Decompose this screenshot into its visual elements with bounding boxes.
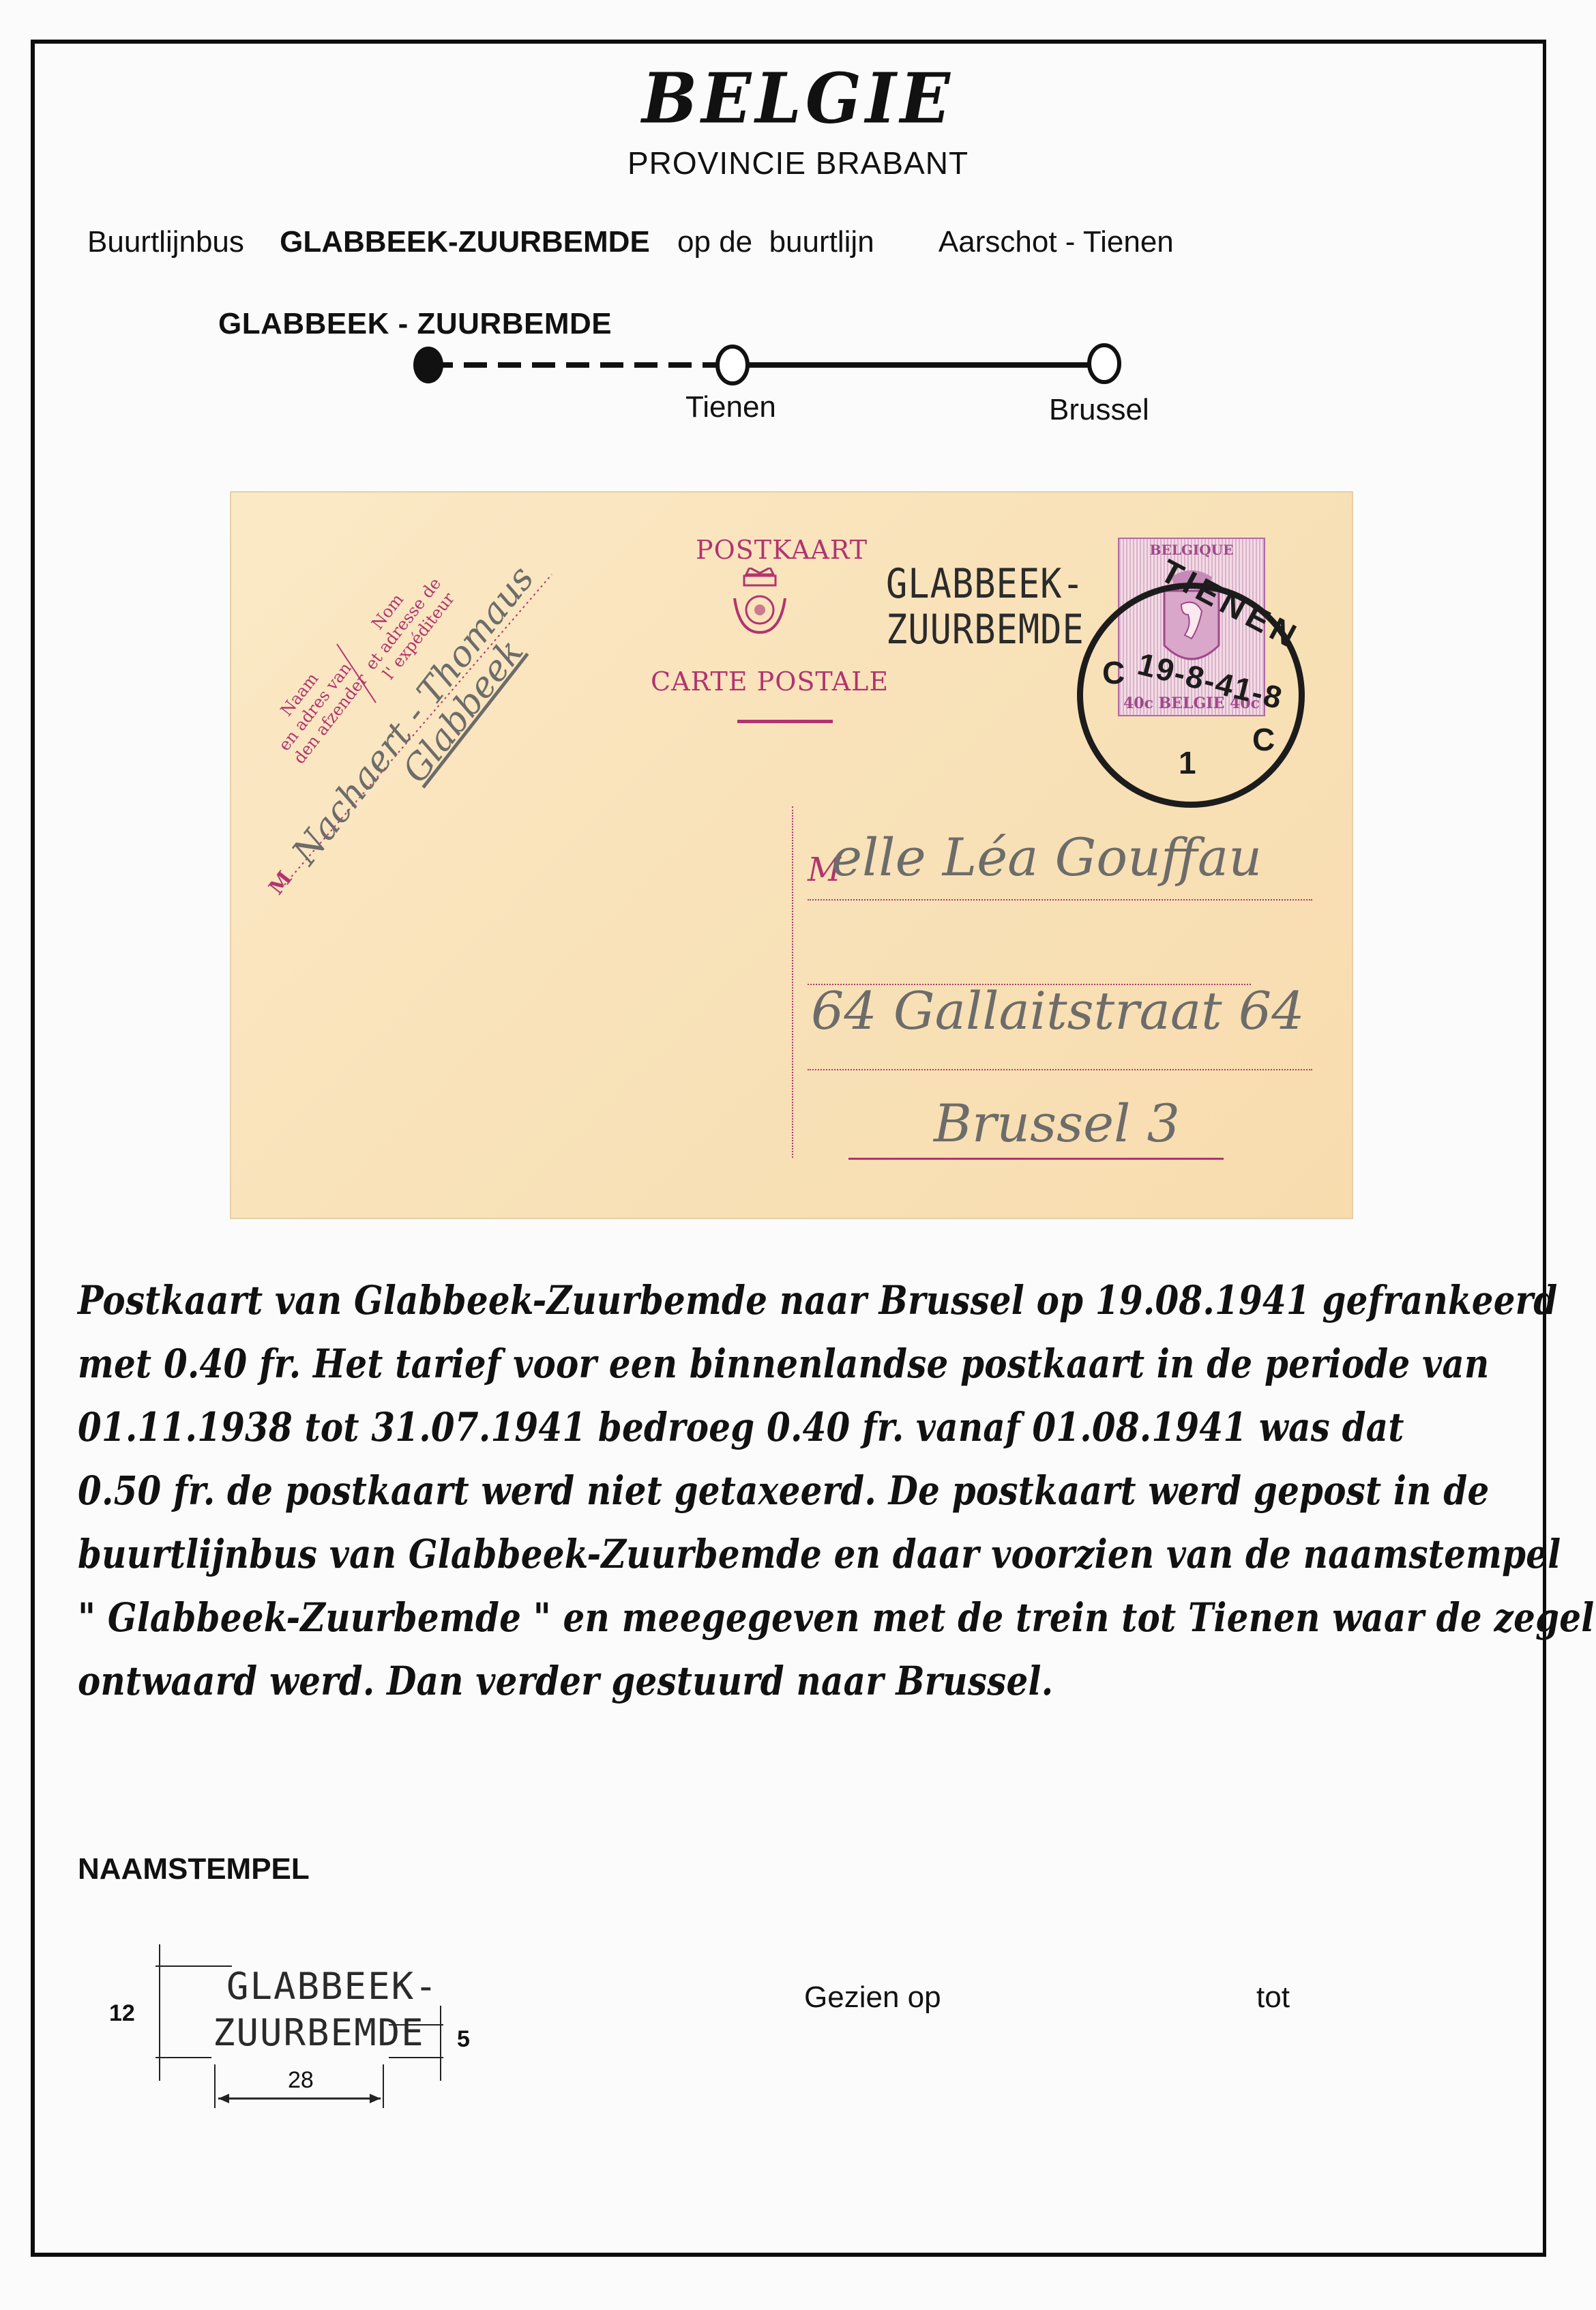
description-line: 01.11.1938 tot 31.07.1941 bedroeg 0.40 f… — [78, 1396, 1345, 1459]
postcard-title-fr: CARTE POSTALE — [651, 667, 889, 697]
description-line: " Glabbeek-Zuurbemde " en meegegeven met… — [78, 1586, 1345, 1650]
address-street: 64 Gallaitstraat 64 — [811, 980, 1305, 1041]
address-underline — [848, 1158, 1224, 1160]
naamstempel-heading: NAAMSTEMPEL — [78, 1852, 310, 1886]
province-subtitle: PROVINCIE BRABANT — [0, 145, 1596, 181]
stamp-country-top: BELGIQUE — [1119, 542, 1264, 558]
cancel-letter-right: C — [1252, 721, 1275, 758]
title-underline — [737, 720, 833, 723]
dimension-line-height: 5 — [457, 2026, 470, 2053]
tienen-cancel-postmark: TIENEN C 19-8-41-8 C 1 — [1077, 583, 1305, 808]
address-divider — [792, 806, 795, 1158]
line-middle: op de buurtlijn — [677, 225, 874, 259]
line-prefix: Buurtlijnbus — [87, 225, 244, 259]
posthorn-crown-icon — [729, 568, 790, 649]
description-line: buurtlijnbus van Glabbeek-Zuurbemde en d… — [78, 1523, 1345, 1586]
naamstempel-line-2: ZUURBEMDE — [213, 2011, 425, 2054]
cancel-number: 1 — [1179, 744, 1196, 781]
postcard-image: Naam en adres van den afzender Nom et ad… — [231, 493, 1352, 1218]
naamstempel-line-1: GLABBEEK- — [226, 1965, 439, 2008]
tienen-stop-icon — [718, 347, 748, 383]
route-diagram — [396, 341, 1146, 396]
line-info: Buurtlijnbus GLABBEEK-ZUURBEMDE op de bu… — [87, 225, 1174, 259]
description-line: 0.50 fr. de postkaart werd niet getaxeer… — [78, 1459, 1345, 1523]
address-line-3 — [808, 1069, 1312, 1070]
brussel-stop-icon — [1089, 345, 1119, 382]
description-line: met 0.40 fr. Het tarief voor een binnenl… — [78, 1332, 1345, 1396]
postmark-name-stamp: GLABBEEK- ZUURBEMDE — [886, 561, 1084, 652]
dimension-height: 12 — [109, 2000, 135, 2027]
address-line-1 — [808, 899, 1312, 901]
dimension-width: 28 — [288, 2067, 314, 2094]
naamstempel-diagram: GLABBEEK- ZUURBEMDE 12 5 28 — [102, 1938, 621, 2115]
postcard-title-nl: POSTKAART — [696, 535, 868, 565]
line-name: Aarschot - Tienen — [939, 225, 1174, 259]
seen-on-label: Gezien op — [804, 1980, 941, 2015]
cancel-date: 19-8-41-8 — [1134, 645, 1287, 716]
route-origin-label: GLABBEEK - ZUURBEMDE — [218, 307, 612, 341]
addressee-name: elle Léa Gouffau — [831, 827, 1262, 888]
until-label: tot — [1256, 1980, 1290, 2015]
description-text: Postkaart van Glabbeek-Zuurbemde naar Br… — [78, 1269, 1551, 1713]
bus-name: GLABBEEK-ZUURBEMDE — [280, 225, 650, 259]
address-city: Brussel 3 — [934, 1093, 1180, 1154]
stop-label-brussel: Brussel — [1049, 393, 1149, 427]
page-title: BELGIE — [0, 58, 1596, 139]
origin-dot-icon — [413, 347, 443, 383]
stop-label-tienen: Tienen — [685, 390, 776, 424]
cancel-letter-left: C — [1102, 654, 1125, 691]
description-line: Postkaart van Glabbeek-Zuurbemde naar Br… — [78, 1269, 1345, 1332]
description-line: ontwaard werd. Dan verder gestuurd naar … — [78, 1650, 1345, 1713]
